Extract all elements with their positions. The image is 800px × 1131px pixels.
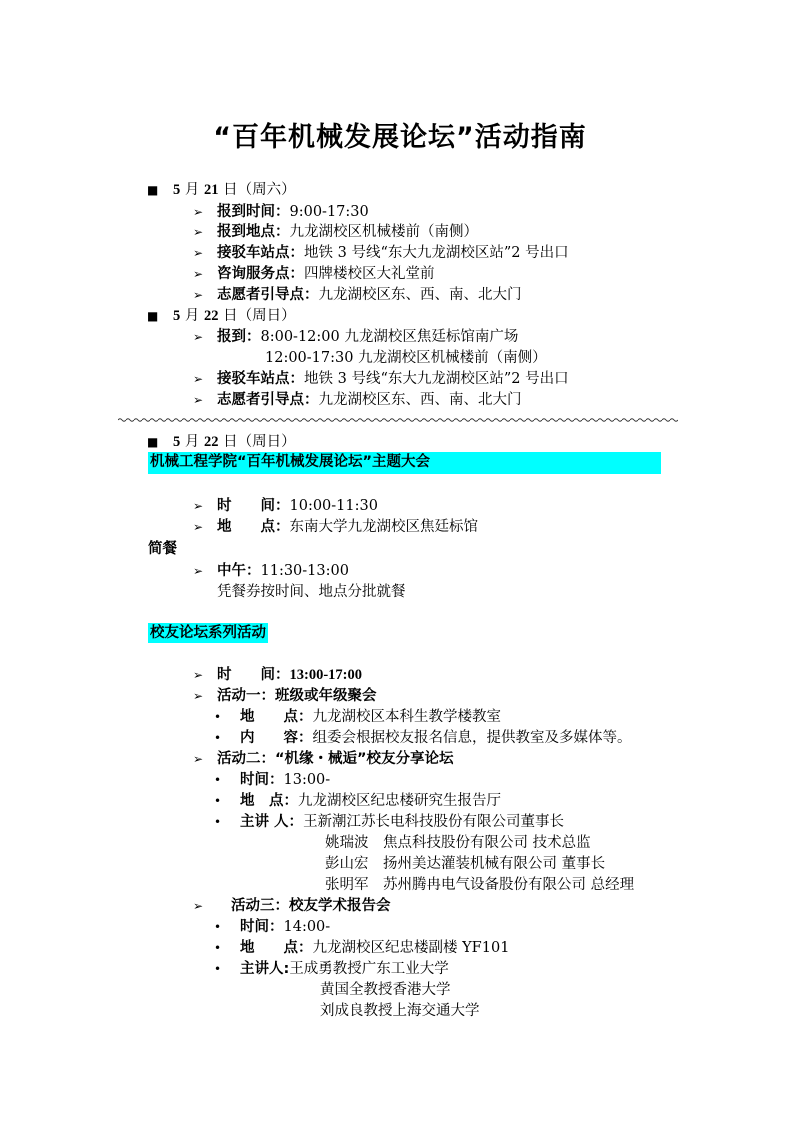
speaker-line: 黄国全教授香港大学 [320, 980, 451, 1000]
square-bullet-icon: ■ [147, 432, 173, 452]
day1-heading: ■5 月 21 日（周六） [147, 180, 296, 200]
wavy-divider [118, 417, 678, 423]
activity3-item: •时间：14:00- [214, 917, 330, 937]
arrow-bullet-icon: ➢ [193, 496, 217, 516]
day1-item: ➢志愿者引导点：九龙湖校区东、西、南、北大门 [193, 285, 522, 305]
day1-item: ➢报到时间：9:00-17:30 [193, 202, 369, 222]
day2-item: ➢接驳车站点：地铁 3 号线“东大九龙湖校区站”2 号出口 [193, 369, 569, 389]
arrow-bullet-icon: ➢ [193, 222, 217, 242]
arrow-bullet-icon: ➢ [193, 369, 217, 389]
day2-heading: ■5 月 22 日（周日） [147, 306, 296, 326]
page-title: “百年机械发展论坛”活动指南 [0, 116, 800, 160]
speaker-line: 刘成良教授上海交通大学 [320, 1001, 480, 1021]
alumni-time: ➢时 间：13:00-17:00 [193, 665, 362, 685]
dot-bullet-icon: • [214, 938, 240, 958]
dot-bullet-icon: • [214, 959, 240, 979]
section2-heading: ■5 月 22 日（周日） [147, 432, 296, 452]
day2-item-continuation: 12:00-17:30 九龙湖校区机械楼前（南侧） [265, 348, 547, 368]
arrow-bullet-icon: ➢ [193, 285, 217, 305]
conference-item: ➢地 点：东南大学九龙湖校区焦廷标馆 [193, 517, 478, 537]
square-bullet-icon: ■ [147, 306, 173, 326]
activity3-item: •主讲人:王成勇教授广东工业大学 [214, 959, 449, 979]
day1-item: ➢接驳车站点：地铁 3 号线“东大九龙湖校区站”2 号出口 [193, 243, 569, 263]
arrow-bullet-icon: ➢ [193, 665, 217, 685]
speaker-line: 彭山宏 扬州美达灌装机械有限公司 董事长 [325, 854, 605, 874]
activity2-item: •时间：13:00- [214, 770, 330, 790]
dot-bullet-icon: • [214, 707, 240, 727]
dot-bullet-icon: • [214, 770, 240, 790]
conference-item: ➢时 间：10:00-11:30 [193, 496, 378, 516]
arrow-bullet-icon: ➢ [193, 561, 217, 581]
arrow-bullet-icon: ➢ [193, 243, 217, 263]
document-page: “百年机械发展论坛”活动指南 ■5 月 21 日（周六） ➢报到时间：9:00-… [0, 0, 800, 1131]
alumni-forum-title: 校友论坛系列活动 [148, 623, 268, 643]
speaker-line: 姚瑞波 焦点科技股份有限公司 技术总监 [325, 833, 591, 853]
arrow-bullet-icon: ➢ [193, 896, 231, 916]
dot-bullet-icon: • [214, 791, 240, 811]
day2-item: ➢志愿者引导点：九龙湖校区东、西、南、北大门 [193, 390, 522, 410]
arrow-bullet-icon: ➢ [193, 202, 217, 222]
dot-bullet-icon: • [214, 728, 240, 748]
lunch-title: 简餐 [148, 539, 177, 559]
square-bullet-icon: ■ [147, 180, 173, 200]
dot-bullet-icon: • [214, 917, 240, 937]
dot-bullet-icon: • [214, 812, 240, 832]
arrow-bullet-icon: ➢ [193, 517, 217, 537]
activity2-item: •主讲 人：王新潮江苏长电科技股份有限公司董事长 [214, 812, 564, 832]
speaker-line: 张明军 苏州腾冉电气设备股份有限公司 总经理 [325, 875, 634, 895]
lunch-item: ➢中午：11:30-13:00 [193, 561, 349, 581]
day2-item: ➢报到：8:00-12:00 九龙湖校区焦廷标馆南广场 [193, 327, 518, 347]
activity1-item: •地 点：九龙湖校区本科生教学楼教室 [214, 707, 501, 727]
arrow-bullet-icon: ➢ [193, 390, 217, 410]
arrow-bullet-icon: ➢ [193, 264, 217, 284]
activity1-item: •内 容：组委会根据校友报名信息，提供教室及多媒体等。 [214, 728, 632, 748]
day1-item: ➢咨询服务点：四牌楼校区大礼堂前 [193, 264, 435, 284]
lunch-note: 凭餐券按时间、地点分批就餐 [217, 582, 406, 602]
activity3-item: •地 点：九龙湖校区纪忠楼副楼 YF101 [214, 938, 509, 958]
main-conference-title: 机械工程学院“百年机械发展论坛”主题大会 [148, 452, 661, 474]
day1-item: ➢报到地点：九龙湖校区机械楼前（南侧） [193, 222, 478, 242]
arrow-bullet-icon: ➢ [193, 327, 217, 347]
arrow-bullet-icon: ➢ [193, 749, 217, 769]
arrow-bullet-icon: ➢ [193, 686, 217, 706]
activity2-title: ➢活动二：“机缘・械逅”校友分享论坛 [193, 749, 454, 769]
activity3-title: ➢活动三：校友学术报告会 [193, 896, 391, 916]
wavy-line-icon [118, 417, 678, 423]
activity2-item: •地 点：九龙湖校区纪忠楼研究生报告厅 [214, 791, 501, 811]
activity1-title: ➢活动一：班级或年级聚会 [193, 686, 377, 706]
